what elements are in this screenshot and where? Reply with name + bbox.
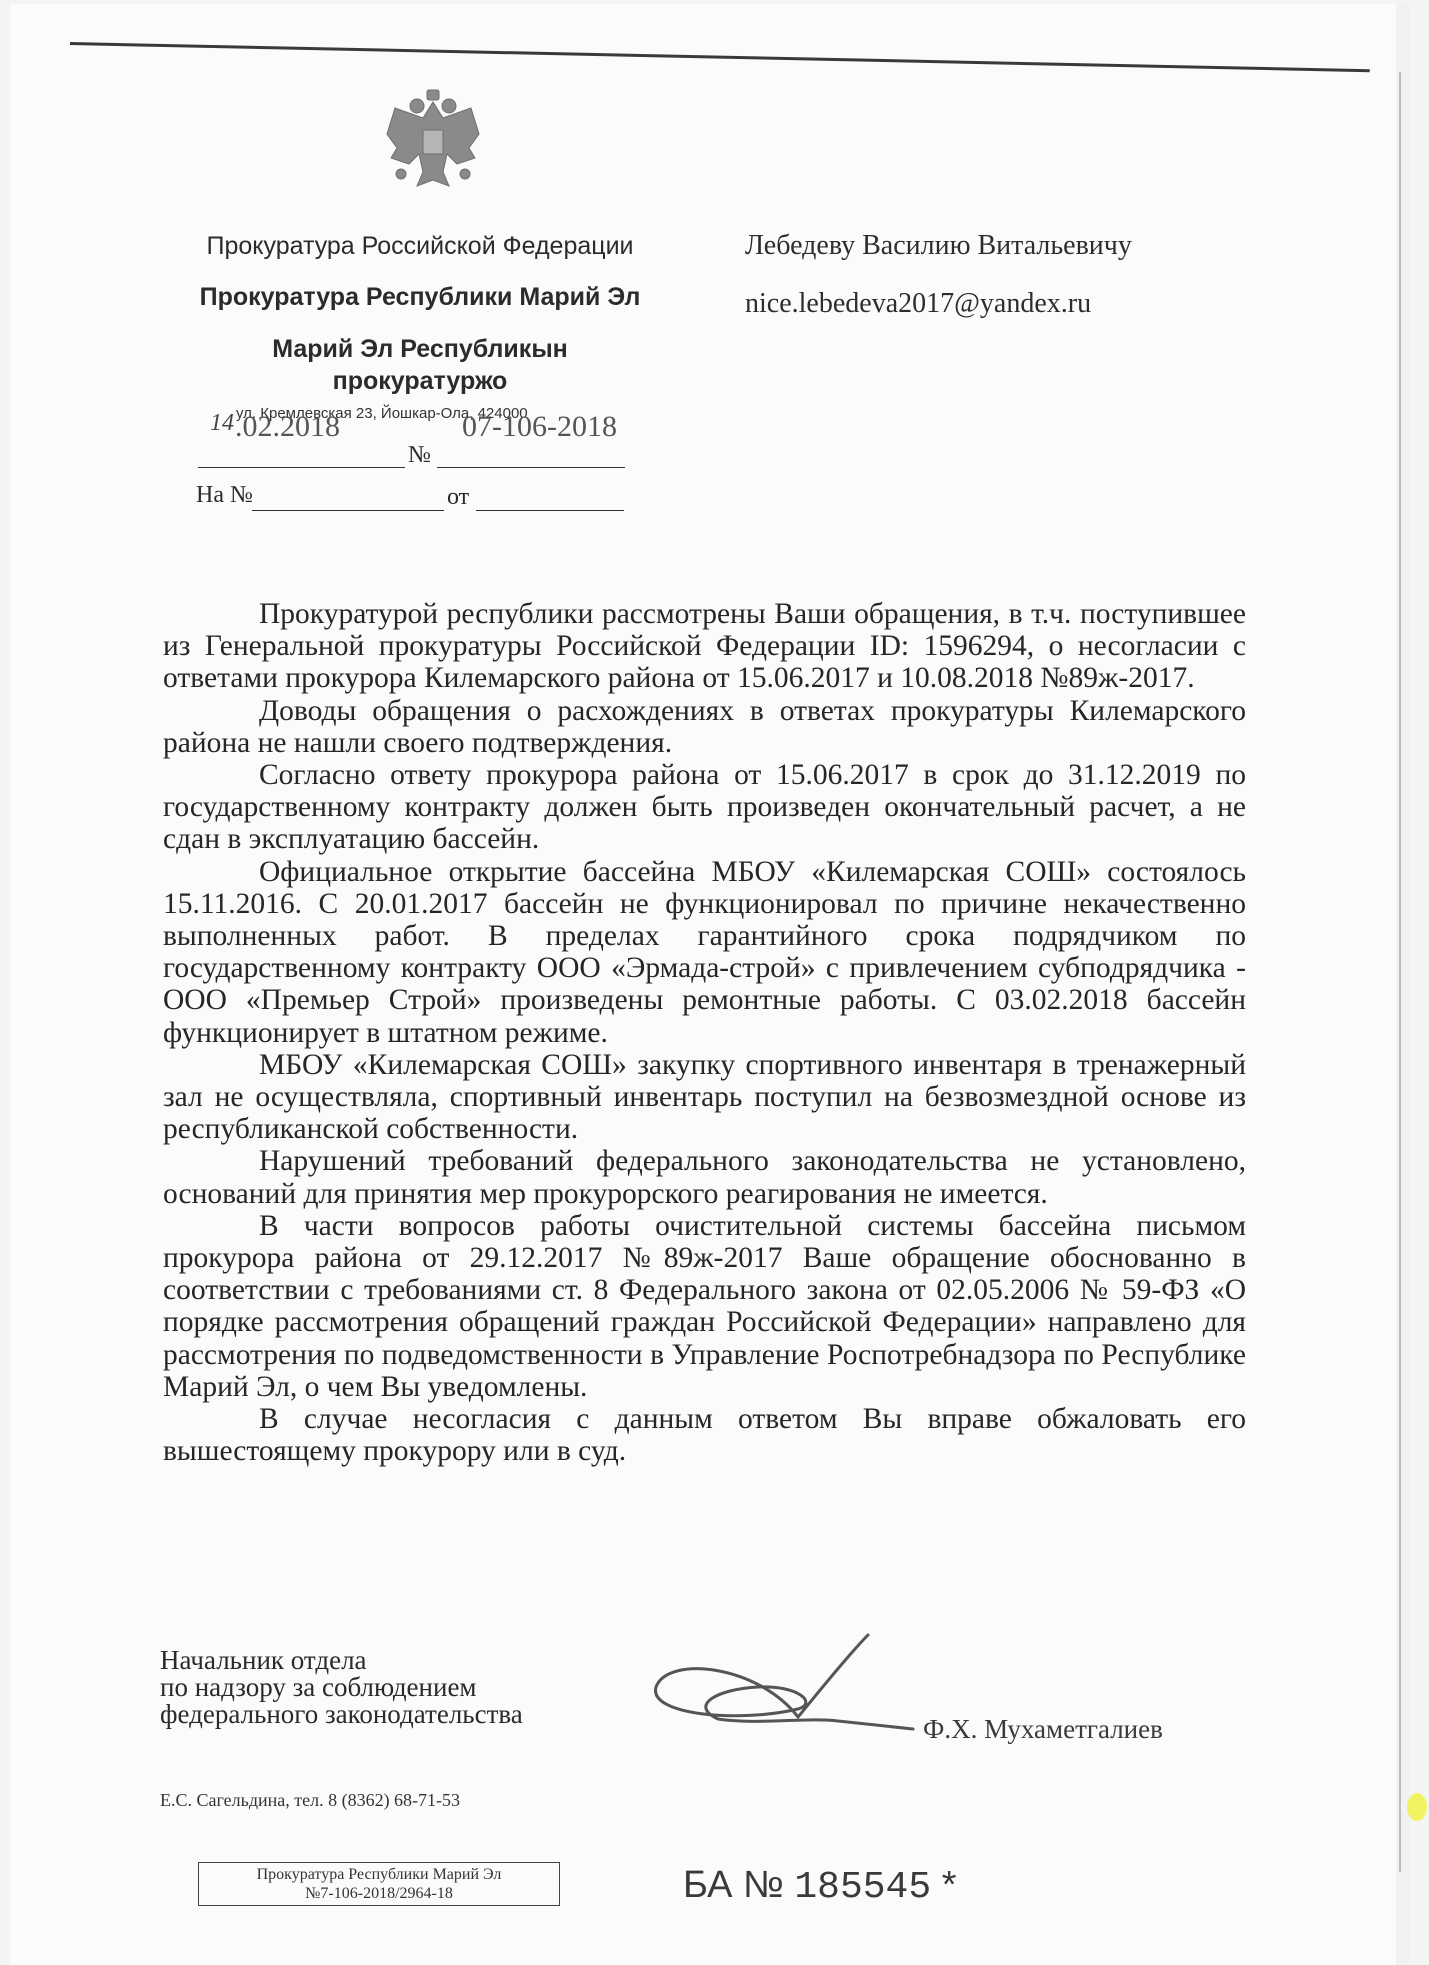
signatory-title-line: федерального законодательства <box>160 1701 523 1728</box>
registration-stamp-number: №7-106-2018/2964-18 <box>199 1884 559 1903</box>
signatory-title-line: Начальник отдела <box>160 1647 523 1674</box>
ref-from-underline <box>476 510 624 511</box>
body-paragraph: МБОУ «Килемарская СОШ» закупку спортивно… <box>163 1049 1246 1146</box>
recipient-name: Лебедеву Василию Витальевичу <box>745 230 1132 262</box>
highlighter-mark <box>1407 1793 1427 1821</box>
recipient-email: nice.lebedeva2017@yandex.ru <box>745 288 1091 320</box>
ref-from-label: от <box>447 484 469 511</box>
body-paragraph: В части вопросов работы очистительной си… <box>163 1210 1246 1403</box>
signatory-title-line: по надзору за соблюдением <box>160 1674 523 1701</box>
body-paragraph: Официальное открытие бассейна МБОУ «Киле… <box>163 856 1246 1049</box>
body-paragraph: В случае несогласия с данным ответом Вы … <box>163 1403 1246 1467</box>
ref-number-label: На № <box>196 482 253 509</box>
form-serial-value: 185545 <box>794 1866 931 1909</box>
form-serial-prefix: БА № <box>683 1864 784 1906</box>
org-name-republic: Прокуратура Республики Марий Эл <box>180 283 660 312</box>
handwritten-signature-icon <box>648 1625 928 1735</box>
outgoing-date: .02.2018 <box>235 410 340 444</box>
letter-body: Прокуратурой республики рассмотрены Ваши… <box>163 598 1246 1467</box>
body-paragraph: Нарушений требований федерального законо… <box>163 1145 1246 1209</box>
body-paragraph: Прокуратурой республики рассмотрены Ваши… <box>163 598 1246 695</box>
form-serial-suffix: * <box>942 1864 957 1906</box>
executor-contact: Е.С. Сагельдина, тел. 8 (8362) 68-71-53 <box>160 1790 460 1811</box>
org-name-mari-line-2: прокуратуржо <box>180 365 660 397</box>
body-paragraph: Согласно ответу прокурора района от 15.0… <box>163 759 1246 856</box>
form-serial-number: БА № 185545 * <box>683 1864 957 1909</box>
org-name-federal: Прокуратура Российской Федерации <box>180 232 660 261</box>
registration-stamp-org: Прокуратура Республики Марий Эл <box>199 1865 559 1884</box>
date-underline <box>198 467 405 468</box>
scan-edge-line <box>70 42 1370 72</box>
signatory-name: Ф.Х. Мухаметгалиев <box>923 1714 1163 1745</box>
number-label: № <box>408 442 431 469</box>
handwritten-day: 14 <box>210 410 234 437</box>
org-name-mari-line-1: Марий Эл Республикын <box>180 333 660 365</box>
russian-coat-of-arms-icon <box>383 88 483 196</box>
scan-edge-line-right <box>1399 72 1401 1872</box>
signatory-title: Начальник отдела по надзору за соблюдени… <box>160 1647 523 1728</box>
outgoing-number: 07-106-2018 <box>462 410 617 444</box>
number-underline <box>437 467 625 468</box>
registration-stamp: Прокуратура Республики Марий Эл №7-106-2… <box>198 1862 560 1906</box>
body-paragraph: Доводы обращения о расхождениях в ответа… <box>163 695 1246 759</box>
ref-number-underline <box>252 510 444 511</box>
org-name-mari: Марий Эл Республикын прокуратуржо <box>180 333 660 397</box>
